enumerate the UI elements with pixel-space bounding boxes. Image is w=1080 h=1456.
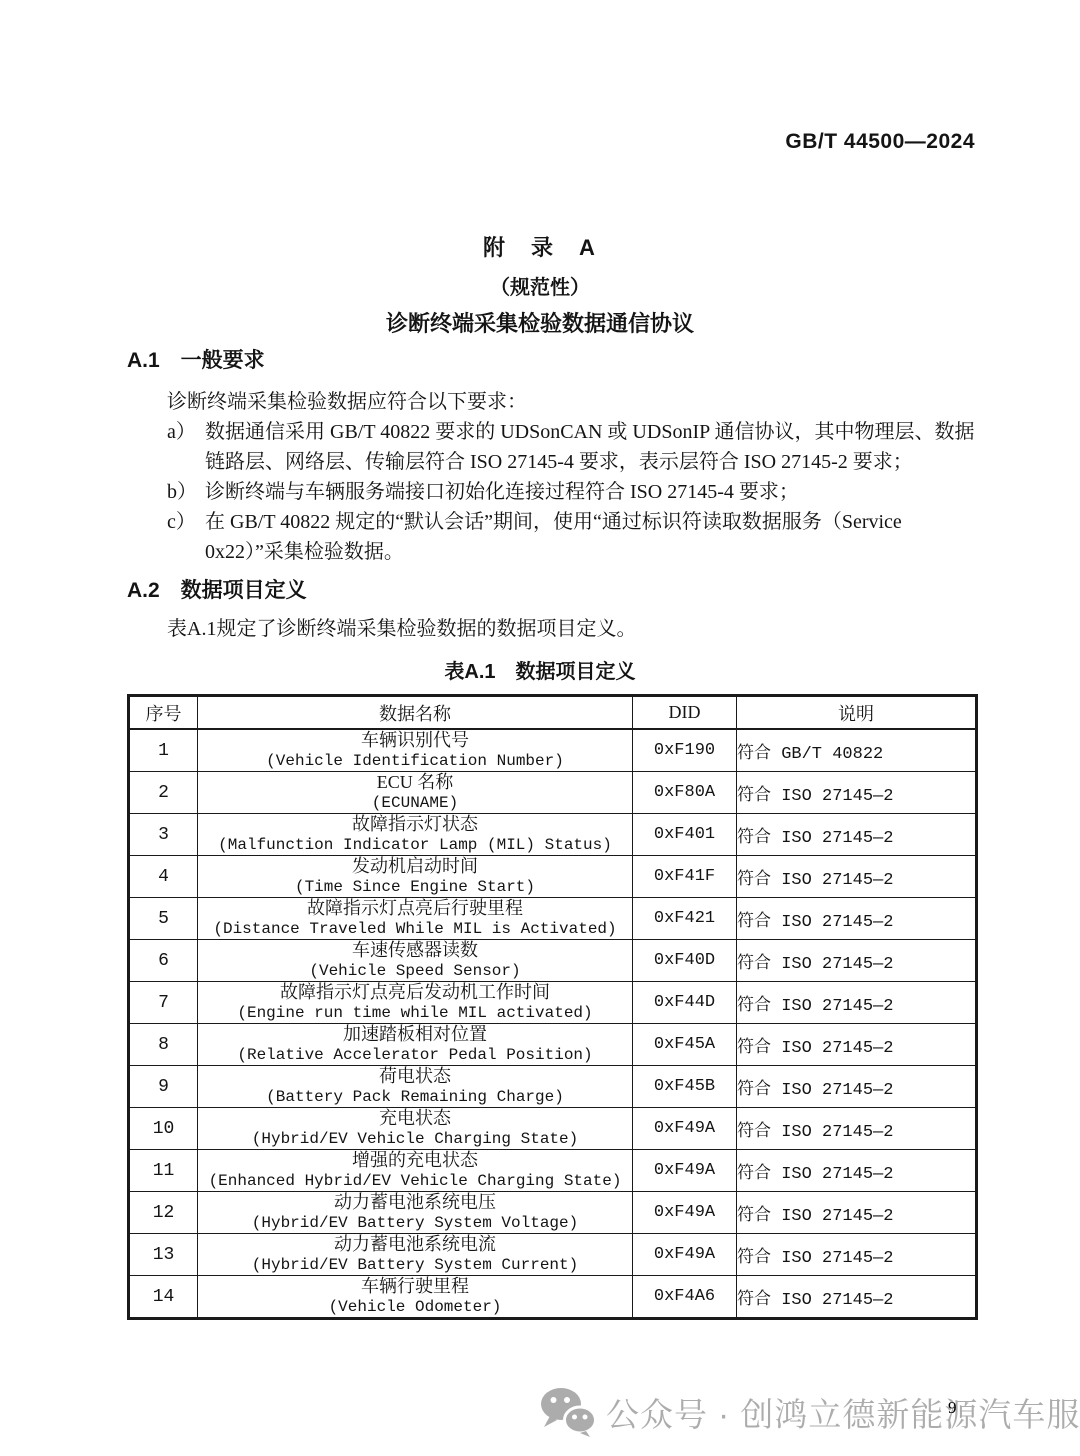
requirement-item-a: a） 数据通信采用 GB/T 40822 要求的 UDSonCAN 或 UDSo…: [167, 417, 977, 477]
row-did-cell: 0xF44D: [633, 982, 737, 1024]
section-a1-heading: A.1 一般要求: [127, 344, 265, 374]
row-name-cell: 发动机启动时间 (Time Since Engine Start): [198, 856, 633, 898]
row-note-cell: 符合 ISO 27145—2: [737, 772, 977, 814]
row-index-cell: 5: [129, 898, 198, 940]
row-note-cell: 符合 ISO 27145—2: [737, 1192, 977, 1234]
row-did-cell: 0xF41F: [633, 856, 737, 898]
requirement-text: 数据通信采用 GB/T 40822 要求的 UDSonCAN 或 UDSonIP…: [205, 417, 977, 477]
row-note-cell: 符合 ISO 27145—2: [737, 1066, 977, 1108]
data-name-english: (Engine run time while MIL activated): [198, 1003, 632, 1023]
row-did-cell: 0xF4A6: [633, 1276, 737, 1319]
row-index-cell: 6: [129, 940, 198, 982]
data-name-chinese: 增强的充电状态: [198, 1150, 632, 1171]
table-row: 9 荷电状态 (Battery Pack Remaining Charge) 0…: [129, 1066, 977, 1108]
table-row: 10 充电状态 (Hybrid/EV Vehicle Charging Stat…: [129, 1108, 977, 1150]
row-index-cell: 13: [129, 1234, 198, 1276]
table-header-row: 序号 数据名称 DID 说明: [129, 696, 977, 730]
row-name-cell: 车辆识别代号 (Vehicle Identification Number): [198, 729, 633, 772]
row-did-cell: 0xF45A: [633, 1024, 737, 1066]
data-name-english: (ECUNAME): [198, 793, 632, 813]
data-name-chinese: 故障指示灯状态: [198, 814, 632, 835]
section-a2-heading: A.2 数据项目定义: [127, 574, 307, 604]
col-header-note: 说明: [737, 696, 977, 730]
row-index-cell: 12: [129, 1192, 198, 1234]
table-row: 6 车速传感器读数 (Vehicle Speed Sensor) 0xF40D …: [129, 940, 977, 982]
requirement-label: a）: [167, 417, 205, 477]
standard-number: GB/T 44500—2024: [785, 130, 975, 154]
requirement-item-c: c） 在 GB/T 40822 规定的“默认会话”期间，使用“通过标识符读取数据…: [167, 507, 977, 567]
row-did-cell: 0xF80A: [633, 772, 737, 814]
data-name-chinese: 车速传感器读数: [198, 940, 632, 961]
requirement-text: 诊断终端与车辆服务端接口初始化连接过程符合 ISO 27145-4 要求；: [205, 477, 977, 507]
data-name-chinese: 发动机启动时间: [198, 856, 632, 877]
row-index-cell: 2: [129, 772, 198, 814]
row-did-cell: 0xF49A: [633, 1192, 737, 1234]
row-name-cell: 车速传感器读数 (Vehicle Speed Sensor): [198, 940, 633, 982]
col-header-did: DID: [633, 696, 737, 730]
data-name-english: (Malfunction Indicator Lamp (MIL) Status…: [198, 835, 632, 855]
row-index-cell: 14: [129, 1276, 198, 1319]
row-did-cell: 0xF49A: [633, 1234, 737, 1276]
table-row: 2 ECU 名称 (ECUNAME) 0xF80A 符合 ISO 27145—2: [129, 772, 977, 814]
data-name-english: (Hybrid/EV Vehicle Charging State): [198, 1129, 632, 1149]
data-name-english: (Vehicle Identification Number): [198, 751, 632, 771]
wechat-icon: [540, 1387, 596, 1437]
data-name-chinese: 加速踏板相对位置: [198, 1024, 632, 1045]
data-name-english: (Distance Traveled While MIL is Activate…: [198, 919, 632, 939]
row-note-cell: 符合 ISO 27145—2: [737, 1234, 977, 1276]
requirement-text: 在 GB/T 40822 规定的“默认会话”期间，使用“通过标识符读取数据服务（…: [205, 507, 977, 567]
data-name-chinese: 荷电状态: [198, 1066, 632, 1087]
row-did-cell: 0xF401: [633, 814, 737, 856]
row-name-cell: 充电状态 (Hybrid/EV Vehicle Charging State): [198, 1108, 633, 1150]
section-a2-intro: 表A.1规定了诊断终端采集检验数据的数据项目定义。: [167, 615, 636, 643]
row-note-cell: 符合 ISO 27145—2: [737, 1108, 977, 1150]
row-note-cell: 符合 ISO 27145—2: [737, 1150, 977, 1192]
table-row: 1 车辆识别代号 (Vehicle Identification Number)…: [129, 729, 977, 772]
data-name-chinese: 车辆识别代号: [198, 730, 632, 751]
appendix-title: 附 录 A: [0, 231, 1080, 262]
row-note-cell: 符合 ISO 27145—2: [737, 982, 977, 1024]
row-note-cell: 符合 GB/T 40822: [737, 729, 977, 772]
table-row: 8 加速踏板相对位置 (Relative Accelerator Pedal P…: [129, 1024, 977, 1066]
requirement-label: b）: [167, 477, 205, 507]
row-index-cell: 7: [129, 982, 198, 1024]
requirement-item-b: b） 诊断终端与车辆服务端接口初始化连接过程符合 ISO 27145-4 要求；: [167, 477, 977, 507]
row-name-cell: 荷电状态 (Battery Pack Remaining Charge): [198, 1066, 633, 1108]
row-name-cell: 动力蓄电池系统电流 (Hybrid/EV Battery System Curr…: [198, 1234, 633, 1276]
row-note-cell: 符合 ISO 27145—2: [737, 856, 977, 898]
row-note-cell: 符合 ISO 27145—2: [737, 1276, 977, 1319]
data-name-english: (Relative Accelerator Pedal Position): [198, 1045, 632, 1065]
row-did-cell: 0xF40D: [633, 940, 737, 982]
data-name-english: (Hybrid/EV Battery System Voltage): [198, 1213, 632, 1233]
table-row: 13 动力蓄电池系统电流 (Hybrid/EV Battery System C…: [129, 1234, 977, 1276]
row-name-cell: 故障指示灯状态 (Malfunction Indicator Lamp (MIL…: [198, 814, 633, 856]
page-number: 9: [948, 1398, 957, 1418]
data-name-english: (Hybrid/EV Battery System Current): [198, 1255, 632, 1275]
data-name-english: (Enhanced Hybrid/EV Vehicle Charging Sta…: [198, 1171, 632, 1191]
watermark-text: 公众号 · 创鸿立德新能源汽车服务: [606, 1389, 1080, 1436]
row-did-cell: 0xF49A: [633, 1150, 737, 1192]
row-index-cell: 4: [129, 856, 198, 898]
col-header-index: 序号: [129, 696, 198, 730]
row-name-cell: 故障指示灯点亮后发动机工作时间 (Engine run time while M…: [198, 982, 633, 1024]
section-a1-intro: 诊断终端采集检验数据应符合以下要求：: [167, 388, 527, 416]
data-name-chinese: ECU 名称: [198, 772, 632, 793]
row-did-cell: 0xF49A: [633, 1108, 737, 1150]
row-index-cell: 9: [129, 1066, 198, 1108]
row-name-cell: 故障指示灯点亮后行驶里程 (Distance Traveled While MI…: [198, 898, 633, 940]
table-row: 3 故障指示灯状态 (Malfunction Indicator Lamp (M…: [129, 814, 977, 856]
data-name-english: (Battery Pack Remaining Charge): [198, 1087, 632, 1107]
appendix-subtitle: 诊断终端采集检验数据通信协议: [0, 307, 1080, 338]
table-row: 14 车辆行驶里程 (Vehicle Odometer) 0xF4A6 符合 I…: [129, 1276, 977, 1319]
row-name-cell: 动力蓄电池系统电压 (Hybrid/EV Battery System Volt…: [198, 1192, 633, 1234]
table-caption: 表A.1 数据项目定义: [0, 655, 1080, 684]
row-index-cell: 8: [129, 1024, 198, 1066]
row-name-cell: 加速踏板相对位置 (Relative Accelerator Pedal Pos…: [198, 1024, 633, 1066]
table-row: 7 故障指示灯点亮后发动机工作时间 (Engine run time while…: [129, 982, 977, 1024]
col-header-data-name: 数据名称: [198, 696, 633, 730]
data-name-english: (Vehicle Speed Sensor): [198, 961, 632, 981]
data-table-body: 1 车辆识别代号 (Vehicle Identification Number)…: [129, 729, 977, 1319]
row-index-cell: 10: [129, 1108, 198, 1150]
row-index-cell: 11: [129, 1150, 198, 1192]
row-index-cell: 3: [129, 814, 198, 856]
data-name-chinese: 故障指示灯点亮后发动机工作时间: [198, 982, 632, 1003]
watermark: 公众号 · 创鸿立德新能源汽车服务: [540, 1387, 1080, 1437]
data-definition-table: 序号 数据名称 DID 说明 1 车辆识别代号 (Vehicle Identif…: [127, 694, 978, 1320]
row-did-cell: 0xF190: [633, 729, 737, 772]
requirement-label: c）: [167, 507, 205, 567]
appendix-title-block: 附 录 A （规范性） 诊断终端采集检验数据通信协议: [0, 231, 1080, 338]
row-note-cell: 符合 ISO 27145—2: [737, 940, 977, 982]
data-name-chinese: 动力蓄电池系统电流: [198, 1234, 632, 1255]
data-name-chinese: 车辆行驶里程: [198, 1276, 632, 1297]
document-page: GB/T 44500—2024 附 录 A （规范性） 诊断终端采集检验数据通信…: [0, 0, 1080, 1456]
row-name-cell: ECU 名称 (ECUNAME): [198, 772, 633, 814]
row-note-cell: 符合 ISO 27145—2: [737, 898, 977, 940]
data-name-chinese: 故障指示灯点亮后行驶里程: [198, 898, 632, 919]
table-row: 4 发动机启动时间 (Time Since Engine Start) 0xF4…: [129, 856, 977, 898]
data-name-chinese: 充电状态: [198, 1108, 632, 1129]
row-note-cell: 符合 ISO 27145—2: [737, 814, 977, 856]
row-name-cell: 车辆行驶里程 (Vehicle Odometer): [198, 1276, 633, 1319]
row-index-cell: 1: [129, 729, 198, 772]
row-did-cell: 0xF45B: [633, 1066, 737, 1108]
row-note-cell: 符合 ISO 27145—2: [737, 1024, 977, 1066]
table-row: 5 故障指示灯点亮后行驶里程 (Distance Traveled While …: [129, 898, 977, 940]
data-name-chinese: 动力蓄电池系统电压: [198, 1192, 632, 1213]
requirement-list: a） 数据通信采用 GB/T 40822 要求的 UDSonCAN 或 UDSo…: [167, 417, 977, 567]
data-name-english: (Vehicle Odometer): [198, 1297, 632, 1317]
table-row: 12 动力蓄电池系统电压 (Hybrid/EV Battery System V…: [129, 1192, 977, 1234]
row-name-cell: 增强的充电状态 (Enhanced Hybrid/EV Vehicle Char…: [198, 1150, 633, 1192]
data-name-english: (Time Since Engine Start): [198, 877, 632, 897]
table-row: 11 增强的充电状态 (Enhanced Hybrid/EV Vehicle C…: [129, 1150, 977, 1192]
row-did-cell: 0xF421: [633, 898, 737, 940]
appendix-normative-label: （规范性）: [0, 271, 1080, 300]
